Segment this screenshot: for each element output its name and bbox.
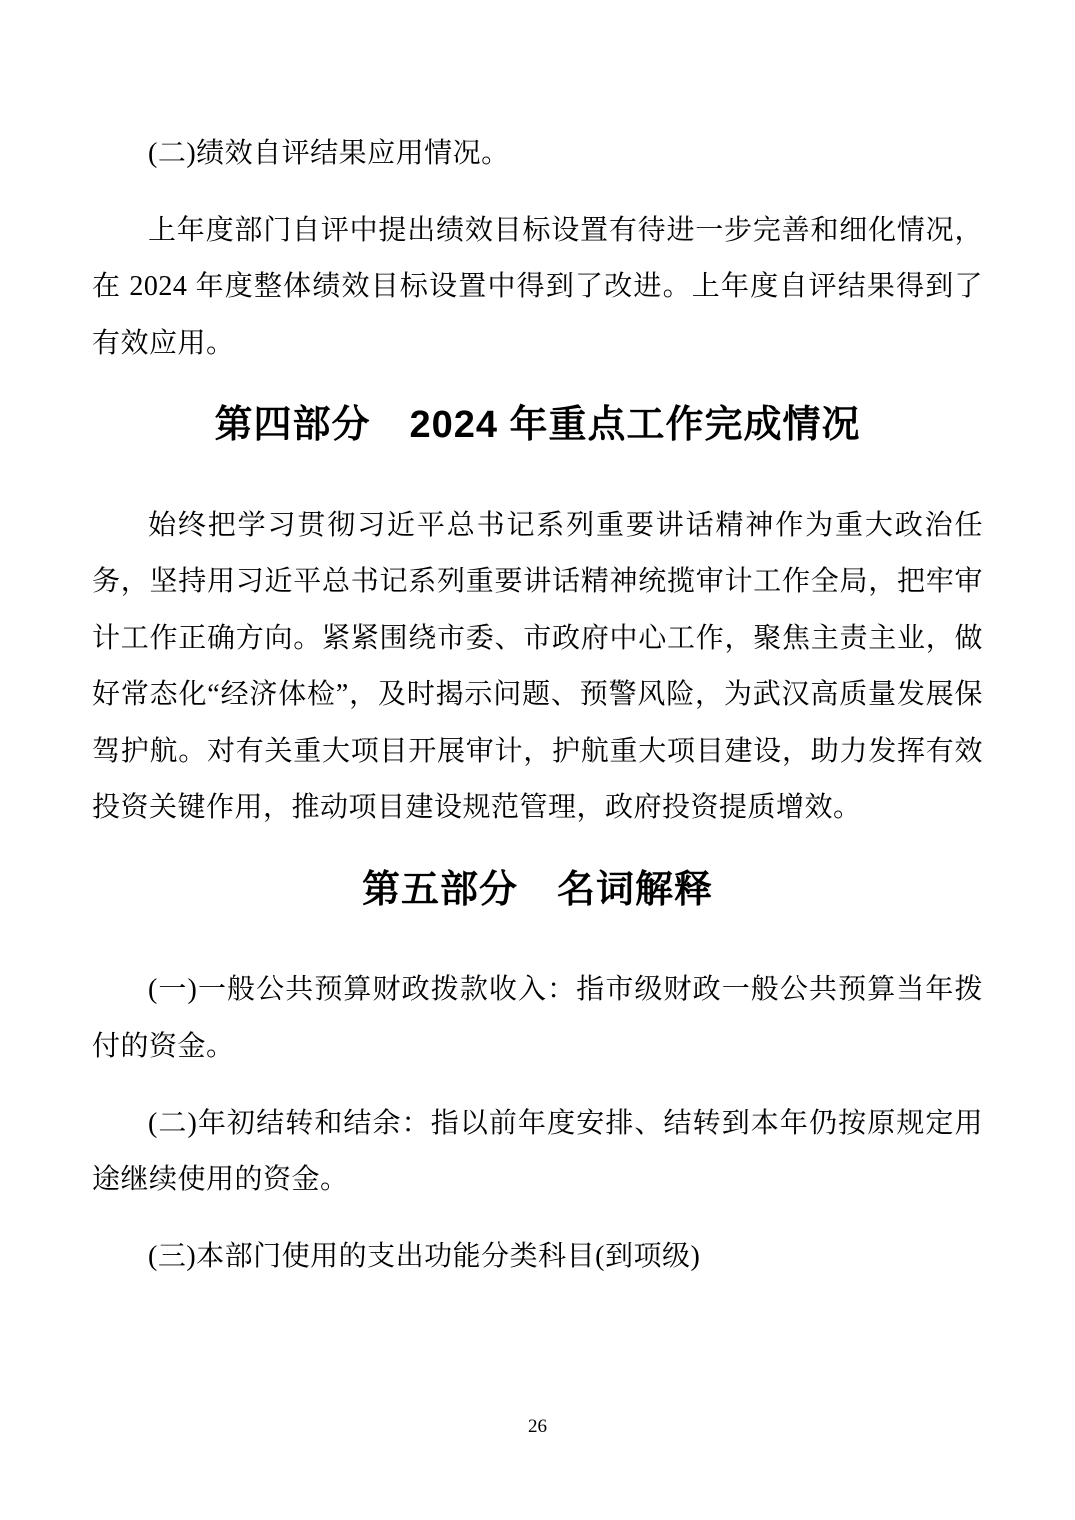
para-self-eval-usage: (二)绩效自评结果应用情况。 [92,126,983,183]
page-number: 26 [0,1416,1075,1438]
heading-part5: 第五部分 名词解释 [92,867,983,915]
para-term-definition-3: (三)本部门使用的支出功能分类科目(到项级) [92,1229,983,1286]
heading-part4: 第四部分 2024 年重点工作完成情况 [92,402,983,450]
document-page: (二)绩效自评结果应用情况。 上年度部门自评中提出绩效目标设置有待进一步完善和细… [0,0,1075,1520]
para-self-eval-result: 上年度部门自评中提出绩效目标设置有待进一步完善和细化情况，在 2024 年度整体… [92,203,983,373]
para-term-definition-1: (一)一般公共预算财政拨款收入：指市级财政一般公共预算当年拨付的资金。 [92,962,983,1075]
para-term-definition-2: (二)年初结转和结余：指以前年度安排、结转到本年仍按原规定用途继续使用的资金。 [92,1096,983,1209]
para-part4-body: 始终把学习贯彻习近平总书记系列重要讲话精神作为重大政治任务，坚持用习近平总书记系… [92,498,983,837]
